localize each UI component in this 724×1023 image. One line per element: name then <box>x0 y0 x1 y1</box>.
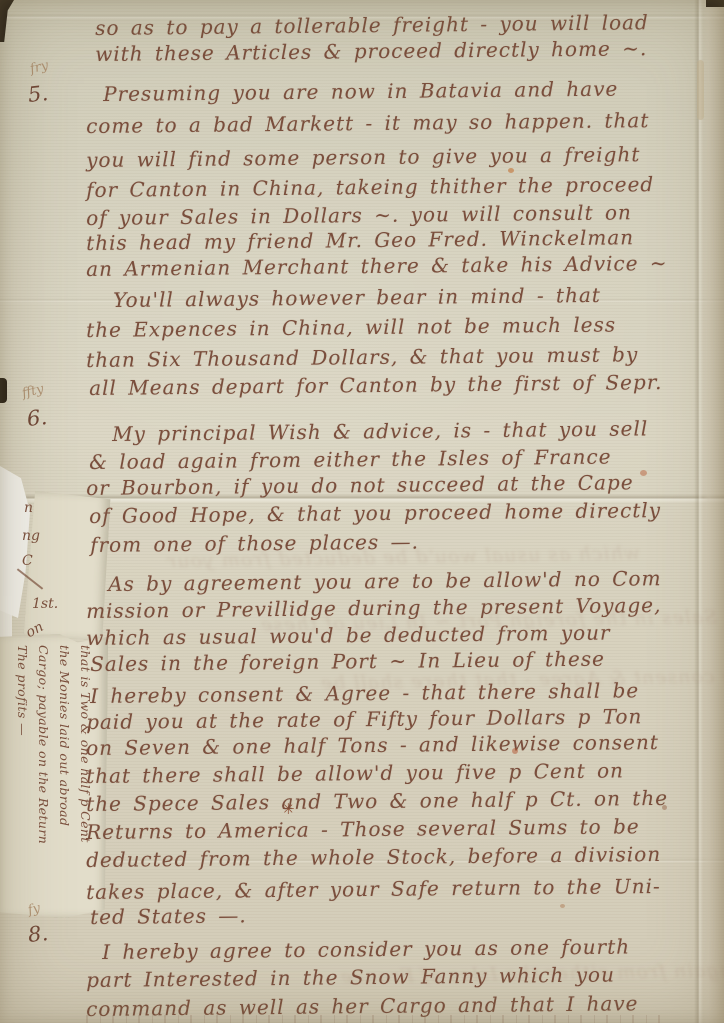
margin-scribble: ffty <box>21 382 46 402</box>
letter-line: from one of those places —. <box>90 530 419 557</box>
letter-line: come to a bad Markett - it may so happen… <box>86 108 649 138</box>
edge-fragment: n <box>24 500 33 516</box>
letter-line: the Expences in China, will not be much … <box>86 312 616 342</box>
letter-line: with these Articles & proceed directly h… <box>95 36 647 66</box>
letter-line: part Interested in the Snow Fanny which … <box>86 962 615 992</box>
letter-page: that is Two & one half p Cent the Monies… <box>0 0 724 1023</box>
letter-line: which as usual wou'd be deducted from yo… <box>86 621 611 650</box>
letter-line: ted States —. <box>90 903 247 929</box>
letter-line: all Means depart for Canton by the first… <box>89 370 663 400</box>
letter-line: than Six Thousand Dollars, & that you mu… <box>86 342 638 372</box>
edge-fragment: 1st. <box>32 596 58 612</box>
foxing-spot <box>560 904 565 908</box>
margin-scribble: fry <box>28 58 49 77</box>
letter-line: paid you at the rate of Fifty four Dolla… <box>86 704 642 734</box>
letter-line: takes place, & after your Safe return to… <box>86 874 661 904</box>
edge-fragment: ng <box>22 528 40 544</box>
paper-right-edge <box>700 0 724 1023</box>
letter-line: an Armenian Merchant there & take his Ad… <box>86 251 668 281</box>
slip-note-line: Cargo; payable on the Return <box>33 645 54 844</box>
letter-line: deducted from the whole Stock, before a … <box>86 842 661 872</box>
letter-line: so as to pay a tollerable freight - you … <box>95 10 649 40</box>
margin-number-6: 6. <box>26 405 48 431</box>
letter-line: mission or Previllidge during the presen… <box>86 593 662 623</box>
slip-note-line: the Monies laid out abroad <box>54 645 75 844</box>
letter-line: & load again from either the Isles of Fr… <box>89 445 612 474</box>
letter-line: My principal Wish & advice, is - that yo… <box>112 416 648 446</box>
foxing-spot <box>508 168 514 173</box>
letter-line: for Canton in China, takeing thither the… <box>86 172 654 202</box>
letter-line: Presuming you are now in Batavia and hav… <box>103 77 618 106</box>
letter-line: this head my friend Mr. Geo Fred. Wincke… <box>86 225 634 255</box>
letter-line: Returns to America - Those several Sums … <box>86 814 640 844</box>
margin-number-5: 5. <box>27 81 49 107</box>
letter-line: As by agreement you are to be allow'd no… <box>108 566 662 596</box>
letter-line: or Bourbon, if you do not succeed at the… <box>86 470 634 500</box>
letter-line: that there shall be allow'd you five p C… <box>86 758 624 788</box>
scanner-edge-mark <box>0 378 7 403</box>
letter-line: on Seven & one half Tons - and likewise … <box>86 730 659 760</box>
letter-line: Sales in the foreign Port ~ In Lieu of t… <box>90 647 605 676</box>
letter-line: I hereby consent & Agree - that there sh… <box>90 678 639 708</box>
letter-line: I hereby agree to consider you as one fo… <box>102 934 630 964</box>
letter-line: you will find some person to give you a … <box>86 142 640 172</box>
letter-line: of Good Hope, & that you proceed home di… <box>89 498 661 528</box>
cut-off-line-remnant <box>86 1015 664 1023</box>
margin-number-8: 8. <box>27 921 49 947</box>
torn-edge-bumps <box>697 60 704 120</box>
slip-note: that is Two & one half p Cent the Monies… <box>12 645 96 844</box>
scanner-edge-mark <box>706 0 724 7</box>
edge-fragment: C <box>22 553 33 569</box>
foxing-spot <box>640 470 647 476</box>
letter-line: You'll always however bear in mind - tha… <box>113 283 601 312</box>
fold-crease-vertical <box>694 0 703 1023</box>
scanner-edge-mark <box>0 0 14 42</box>
letter-line: the Spece Sales and Two & one half p Ct.… <box>86 786 668 816</box>
slip-note-line: The profits — <box>12 645 33 844</box>
